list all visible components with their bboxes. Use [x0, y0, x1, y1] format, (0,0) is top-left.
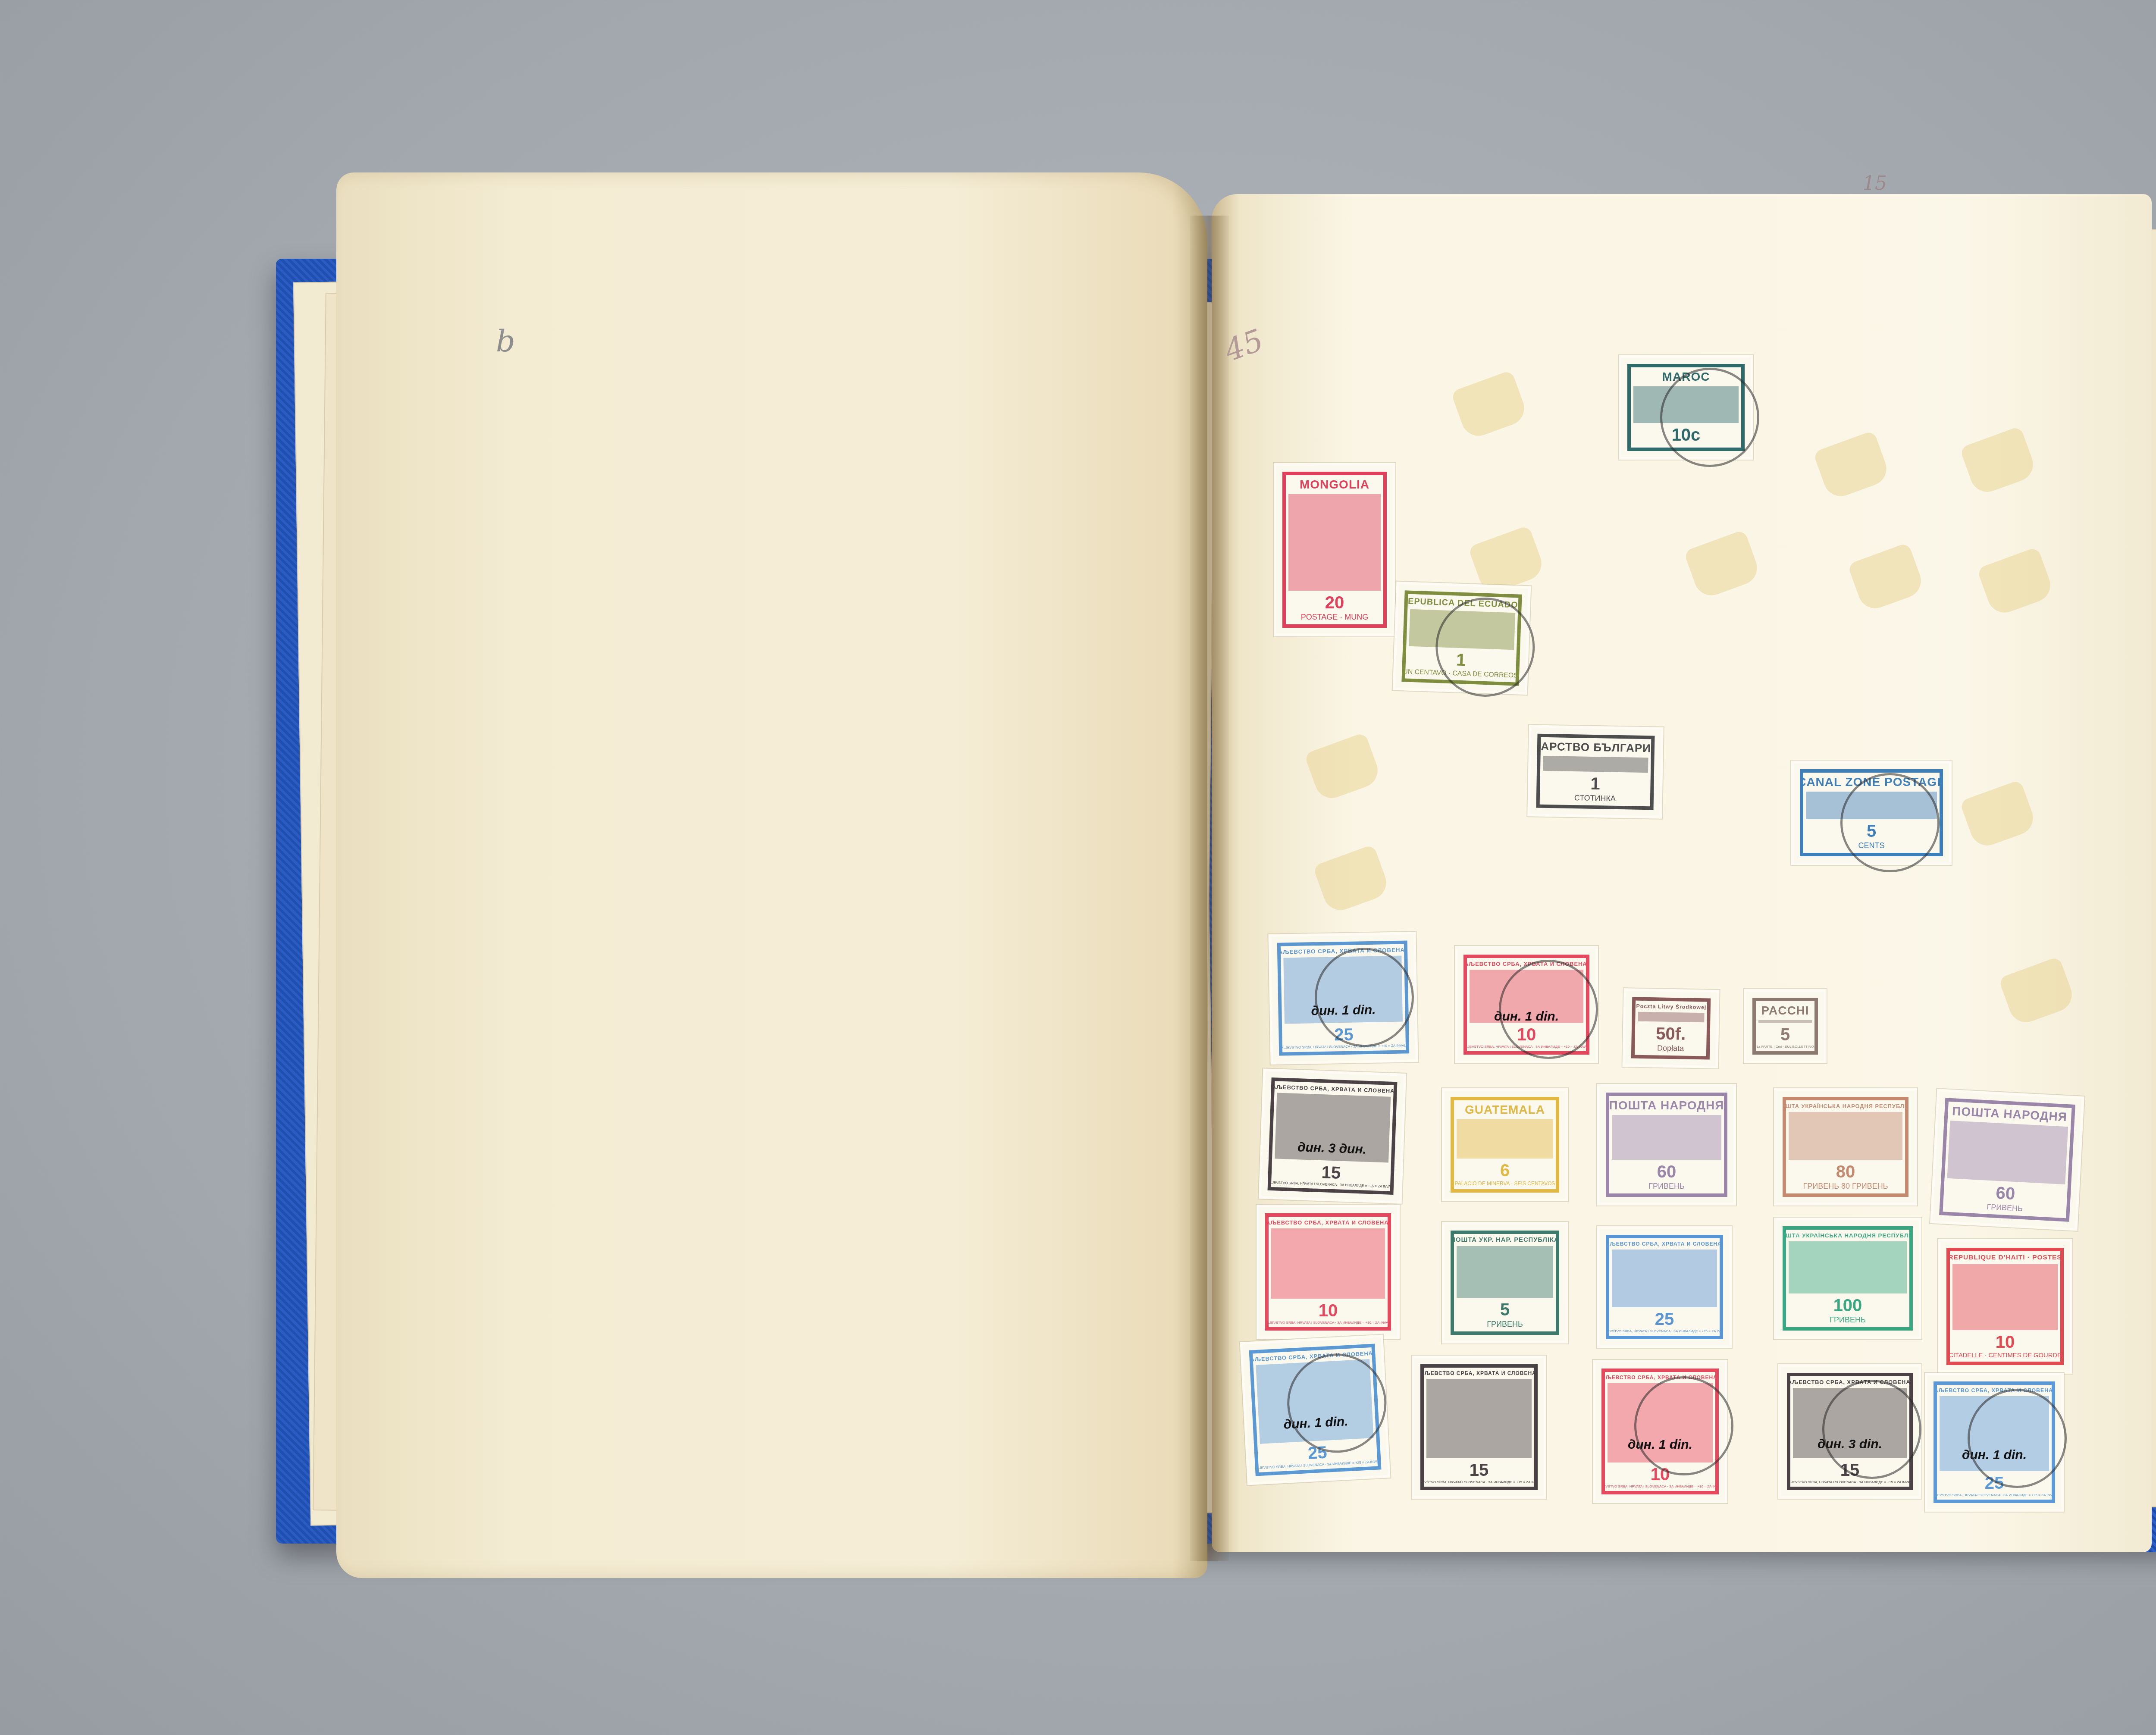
- stamp: REPUBLIQUE D'HAITI · POSTES10CITADELLE ·…: [1940, 1242, 2070, 1371]
- stamp-inscription: KRALJEVSTVO SRBA, HRVATA I SLOVENACA · З…: [1420, 1480, 1538, 1484]
- stamp-design: CANAL ZONE POSTAGE5CENTS: [1800, 769, 1943, 856]
- stamp-country: Poczta Litwy Środkowej: [1636, 1003, 1706, 1011]
- stamp-country: КРАЉЕВСТВО СРБА, ХРВАТА И СЛОВЕНАЦА: [1787, 1379, 1913, 1385]
- pencil-mark: b: [496, 323, 515, 359]
- stamp-inscription: PALACIO DE MINERVA · SEIS CENTAVOS: [1455, 1181, 1555, 1187]
- stamp-design: ПОШТА УКРАЇНСЬКА НАРОДНЯ РЕСПУБЛІКА100ГР…: [1783, 1226, 1913, 1331]
- stamp-design: REPUBLIQUE D'HAITI · POSTES10CITADELLE ·…: [1946, 1248, 2064, 1365]
- stamp-inscription: 1a PARTE · Cmi · SUL BOLLETTINO: [1757, 1045, 1814, 1049]
- stamp-inscription: POSTAGE · MUNG: [1301, 613, 1369, 622]
- stamp-value: 80: [1836, 1162, 1855, 1182]
- stamp-country: КРАЉЕВСТВО СРБА, ХРВАТА И СЛОВЕНАЦА: [1601, 1375, 1719, 1381]
- stamp-overprint: дин. 1 din.: [1937, 1448, 2052, 1463]
- stamp: MONGOLIA20POSTAGE · MUNG: [1276, 466, 1393, 634]
- stamp-design: КРАЉЕВСТВО СРБА, ХРВАТА И СЛОВЕНАЦА25KRA…: [1249, 1344, 1382, 1476]
- stamp: КРАЉЕВСТВО СРБА, ХРВАТА И СЛОВЕНАЦА10KRA…: [1595, 1362, 1725, 1500]
- stamp: GUATEMALA6PALACIO DE MINERVA · SEIS CENT…: [1445, 1091, 1565, 1199]
- stamp: КРАЉЕВСТВО СРБА, ХРВАТА И СЛОВЕНАЦА10KRA…: [1259, 1207, 1397, 1337]
- stamp-inscription: ГРИВЕНЬ: [1648, 1182, 1685, 1191]
- stamp: КРАЉЕВСТВО СРБА, ХРВАТА И СЛОВЕНАЦА25KRA…: [1271, 934, 1415, 1062]
- stamp-country: ПОШТА УКРАЇНСЬКА НАРОДНЯ РЕСПУБЛІКА: [1783, 1232, 1913, 1239]
- stamp-value: 60: [1657, 1162, 1677, 1182]
- stamp-vignette: [1633, 386, 1739, 423]
- stamp-vignette: [1409, 609, 1515, 650]
- stamp-inscription: KRALJEVSTVO SRBA, HRVATA I SLOVENACA · З…: [1934, 1493, 2055, 1497]
- stamp-design: PACCHI51a PARTE · Cmi · SUL BOLLETTINO: [1752, 998, 1818, 1055]
- stamp-inscription: ГРИВЕНЬ: [1487, 1320, 1523, 1329]
- photo-scene: 45 15 b MAROC10cMONGOLIA20POSTAGE · MUNG…: [0, 0, 2156, 1735]
- stamp-inscription: СТОТИНКА: [1574, 793, 1616, 803]
- stamp: КРАЉЕВСТВО СРБА, ХРВАТА И СЛОВЕНАЦА15KRA…: [1414, 1358, 1544, 1496]
- stamp-value: 25: [1307, 1443, 1328, 1463]
- stamp-value: 10c: [1672, 426, 1701, 445]
- stamp-vignette: [1271, 1228, 1385, 1299]
- stamp: ПОШТА УКРАЇНСЬКА НАРОДНЯ РЕСПУБЛІКА80ГРИ…: [1777, 1091, 1915, 1203]
- stamp-overprint: дин. 3 din.: [1790, 1437, 1909, 1452]
- stamp-design: КРАЉЕВСТВО СРБА, ХРВАТА И СЛОВЕНАЦА15KRA…: [1420, 1364, 1538, 1490]
- stamp-vignette: [1457, 1246, 1553, 1298]
- stamp-country: КРАЉЕВСТВО СРБА, ХРВАТА И СЛОВЕНАЦА: [1606, 1241, 1723, 1247]
- stamp: КРАЉЕВСТВО СРБА, ХРВАТА И СЛОВЕНАЦА25KRA…: [1243, 1337, 1388, 1482]
- stamp-vignette: [1758, 1020, 1812, 1023]
- stamp: ПОШТА УКРАЇНСЬКА НАРОДНЯ РЕСПУБЛІКА100ГР…: [1777, 1220, 1919, 1337]
- stamp-country: ПОШТА НАРОДНЯ: [1609, 1099, 1724, 1112]
- stamp-vignette: [1288, 494, 1381, 591]
- spine-gutter: [1190, 216, 1229, 1561]
- stamp: ЦАРСТВО БЪЛГАРИЯ1СТОТИНКА: [1530, 727, 1661, 816]
- stamp-value: 100: [1833, 1296, 1862, 1315]
- stamp-country: КРАЉЕВСТВО СРБА, ХРВАТА И СЛОВЕНАЦА: [1463, 961, 1589, 967]
- stamp-value: 25: [1985, 1474, 2004, 1493]
- stamp-country: КРАЉЕВСТВО СРБА, ХРВАТА И СЛОВЕНАЦА: [1265, 1219, 1391, 1226]
- stamp: КРАЉЕВСТВО СРБА, ХРВАТА И СЛОВЕНАЦА10KRA…: [1457, 949, 1595, 1061]
- stamp-design: КРАЉЕВСТВО СРБА, ХРВАТА И СЛОВЕНАЦА15KRA…: [1787, 1373, 1913, 1490]
- stamp-value: 10: [1996, 1333, 2015, 1352]
- stamp-country: REPUBLICA DEL ECUADOR: [1401, 596, 1522, 611]
- stamp-vignette: [1947, 1121, 2068, 1184]
- stamp-vignette: [1806, 792, 1937, 819]
- stamp-country: MAROC: [1662, 370, 1710, 384]
- stamp-design: КРАЉЕВСТВО СРБА, ХРВАТА И СЛОВЕНАЦА10KRA…: [1601, 1369, 1719, 1494]
- stamp-vignette: [1789, 1112, 1902, 1160]
- stamp-design: Poczta Litwy Środkowej50f.Dopłata: [1631, 997, 1711, 1059]
- stamp-vignette: [1457, 1119, 1553, 1159]
- stamp: КРАЉЕВСТВО СРБА, ХРВАТА И СЛОВЕНАЦА25KRA…: [1600, 1229, 1729, 1345]
- stamp: КРАЉЕВСТВО СРБА, ХРВАТА И СЛОВЕНАЦА15KRA…: [1261, 1071, 1404, 1201]
- stamp-inscription: ГРИВЕНЬ 80 ГРИВЕНЬ: [1803, 1182, 1888, 1191]
- stamp-design: КРАЉЕВСТВО СРБА, ХРВАТА И СЛОВЕНАЦА25KRA…: [1606, 1235, 1723, 1339]
- stamp-inscription: UN CENTAVO · CASA DE CORREOS: [1403, 668, 1518, 680]
- stamp-inscription: ГРИВЕНЬ: [1987, 1203, 2023, 1213]
- stamp-vignette: [1952, 1264, 2058, 1330]
- stamp-value: 15: [1321, 1163, 1341, 1183]
- stamp-country: ПОШТА УКР. НАР. РЕСПУБЛІКА: [1451, 1237, 1559, 1243]
- stamp-country: ПОШТА УКРАЇНСЬКА НАРОДНЯ РЕСПУБЛІКА: [1783, 1103, 1908, 1109]
- stamp-inscription: Dopłata: [1657, 1043, 1684, 1053]
- stamp-inscription: KRALJEVSTVO SRBA, HRVATA I SLOVENACA · З…: [1606, 1329, 1723, 1333]
- stamp-country: GUATEMALA: [1465, 1103, 1545, 1117]
- pencil-mark: 15: [1863, 172, 1887, 194]
- stamp: MAROC10c: [1621, 358, 1751, 457]
- stamp-design: GUATEMALA6PALACIO DE MINERVA · SEIS CENT…: [1451, 1097, 1559, 1193]
- stamp: КРАЉЕВСТВО СРБА, ХРВАТА И СЛОВЕНАЦА25KRA…: [1927, 1375, 2061, 1509]
- stamp: КРАЉЕВСТВО СРБА, ХРВАТА И СЛОВЕНАЦА15KRA…: [1781, 1367, 1919, 1496]
- stamp-inscription: CENTS: [1858, 841, 1884, 850]
- stamp-overprint: дин. 1 din.: [1467, 1009, 1586, 1024]
- left-page: [336, 172, 1207, 1578]
- stamp-country: КРАЉЕВСТВО СРБА, ХРВАТА И СЛОВЕНАЦА: [1420, 1370, 1538, 1376]
- stamp-value: 5: [1780, 1025, 1790, 1045]
- stamp-value: 6: [1500, 1161, 1510, 1181]
- stamp-value: 25: [1655, 1310, 1674, 1329]
- stamp-inscription: KRALJEVSTVO SRBA, HRVATA I SLOVENACA · З…: [1601, 1484, 1719, 1488]
- stamp-overprint: дин. 1 din.: [1605, 1437, 1715, 1452]
- stamp: ПОШТА УКР. НАР. РЕСПУБЛІКА5ГРИВЕНЬ: [1445, 1225, 1565, 1341]
- stamp-country: ПОШТА НАРОДНЯ: [1952, 1104, 2067, 1124]
- stamp-value: 60: [1995, 1184, 2015, 1204]
- stamp-value: 1: [1590, 774, 1600, 794]
- stamp-value: 50f.: [1656, 1024, 1686, 1044]
- stamp: ПОШТА НАРОДНЯ60ГРИВЕНЬ: [1933, 1092, 2081, 1228]
- stamp-design: КРАЉЕВСТВО СРБА, ХРВАТА И СЛОВЕНАЦА25KRA…: [1934, 1381, 2055, 1503]
- stamp-country: MONGOLIA: [1300, 478, 1369, 492]
- stamp-value: 10: [1517, 1025, 1536, 1045]
- stamp-value: 1: [1456, 651, 1466, 670]
- stamp-design: REPUBLICA DEL ECUADOR1UN CENTAVO · CASA …: [1401, 590, 1522, 686]
- stamp-design: КРАЉЕВСТВО СРБА, ХРВАТА И СЛОВЕНАЦА10KRA…: [1463, 955, 1589, 1055]
- stamp-design: ПОШТА УКРАЇНСЬКА НАРОДНЯ РЕСПУБЛІКА80ГРИ…: [1783, 1097, 1908, 1197]
- stamp-design: ПОШТА НАРОДНЯ60ГРИВЕНЬ: [1939, 1098, 2075, 1221]
- stamp-inscription: KRALJEVSTVO SRBA, HRVATA I SLOVENACA · З…: [1463, 1045, 1589, 1049]
- stamp-vignette: [1612, 1115, 1721, 1160]
- stamp-vignette: [1612, 1250, 1717, 1307]
- stamp-design: ПОШТА УКР. НАР. РЕСПУБЛІКА5ГРИВЕНЬ: [1451, 1231, 1559, 1335]
- stamp: Poczta Litwy Środkowej50f.Dopłata: [1625, 991, 1717, 1066]
- stamp-design: MAROC10c: [1627, 364, 1745, 451]
- stamp-vignette: [1426, 1379, 1532, 1458]
- stamp-country: ЦАРСТВО БЪЛГАРИЯ: [1536, 739, 1655, 755]
- stamp-design: MONGOLIA20POSTAGE · MUNG: [1282, 472, 1387, 628]
- stamp-value: 15: [1470, 1461, 1489, 1480]
- stamp-inscription: ГРИВЕНЬ: [1830, 1315, 1866, 1325]
- stamp-vignette: [1543, 756, 1648, 773]
- stamp-inscription: KRALJEVSTVO SRBA, HRVATA I SLOVENACA · З…: [1265, 1321, 1391, 1325]
- stamp: REPUBLICA DEL ECUADOR1UN CENTAVO · CASA …: [1395, 584, 1528, 692]
- stamp: CANAL ZONE POSTAGE5CENTS: [1794, 763, 1949, 862]
- stamp-inscription: CITADELLE · CENTIMES DE GOURDE: [1949, 1352, 2061, 1359]
- stamp-value: 20: [1325, 593, 1344, 613]
- stamp-design: ПОШТА НАРОДНЯ60ГРИВЕНЬ: [1606, 1093, 1727, 1197]
- stamp-design: КРАЉЕВСТВО СРБА, ХРВАТА И СЛОВЕНАЦА15KRA…: [1268, 1077, 1398, 1195]
- stamp: ПОШТА НАРОДНЯ60ГРИВЕНЬ: [1600, 1087, 1733, 1203]
- stamp-design: КРАЉЕВСТВО СРБА, ХРВАТА И СЛОВЕНАЦА25KRA…: [1277, 940, 1410, 1055]
- stamp-value: 5: [1867, 822, 1876, 841]
- stamp-country: КРАЉЕВСТВО СРБА, ХРВАТА И СЛОВЕНАЦА: [1277, 946, 1410, 955]
- stamp-overprint: дин. 1 din.: [1282, 1002, 1405, 1019]
- stamp-value: 5: [1500, 1300, 1510, 1320]
- stamp-design: КРАЉЕВСТВО СРБА, ХРВАТА И СЛОВЕНАЦА10KRA…: [1265, 1213, 1391, 1331]
- stamp-value: 10: [1651, 1465, 1670, 1484]
- stamp-design: ЦАРСТВО БЪЛГАРИЯ1СТОТИНКА: [1536, 734, 1655, 810]
- stamp-value: 10: [1319, 1301, 1338, 1321]
- stamp: PACCHI51a PARTE · Cmi · SUL BOLLETTINO: [1746, 992, 1824, 1061]
- stamp-value: 25: [1334, 1025, 1354, 1045]
- stamp-country: КРАЉЕВСТВО СРБА, ХРВАТА И СЛОВЕНАЦА: [1934, 1387, 2055, 1394]
- stamp-inscription: KRALJEVSTVO SRBA, HRVATA I SLOVENACA · З…: [1787, 1480, 1913, 1484]
- stamp-vignette: [1638, 1012, 1704, 1023]
- stamp-country: REPUBLIQUE D'HAITI · POSTES: [1948, 1254, 2062, 1262]
- stamp-vignette: [1789, 1241, 1907, 1293]
- stamp-inscription: KRALJEVSTVO SRBA, HRVATA I SLOVENACA · З…: [1277, 1043, 1410, 1049]
- stamp-country: PACCHI: [1761, 1004, 1809, 1018]
- stamp-value: 15: [1840, 1461, 1860, 1480]
- stamp-country: CANAL ZONE POSTAGE: [1800, 775, 1943, 789]
